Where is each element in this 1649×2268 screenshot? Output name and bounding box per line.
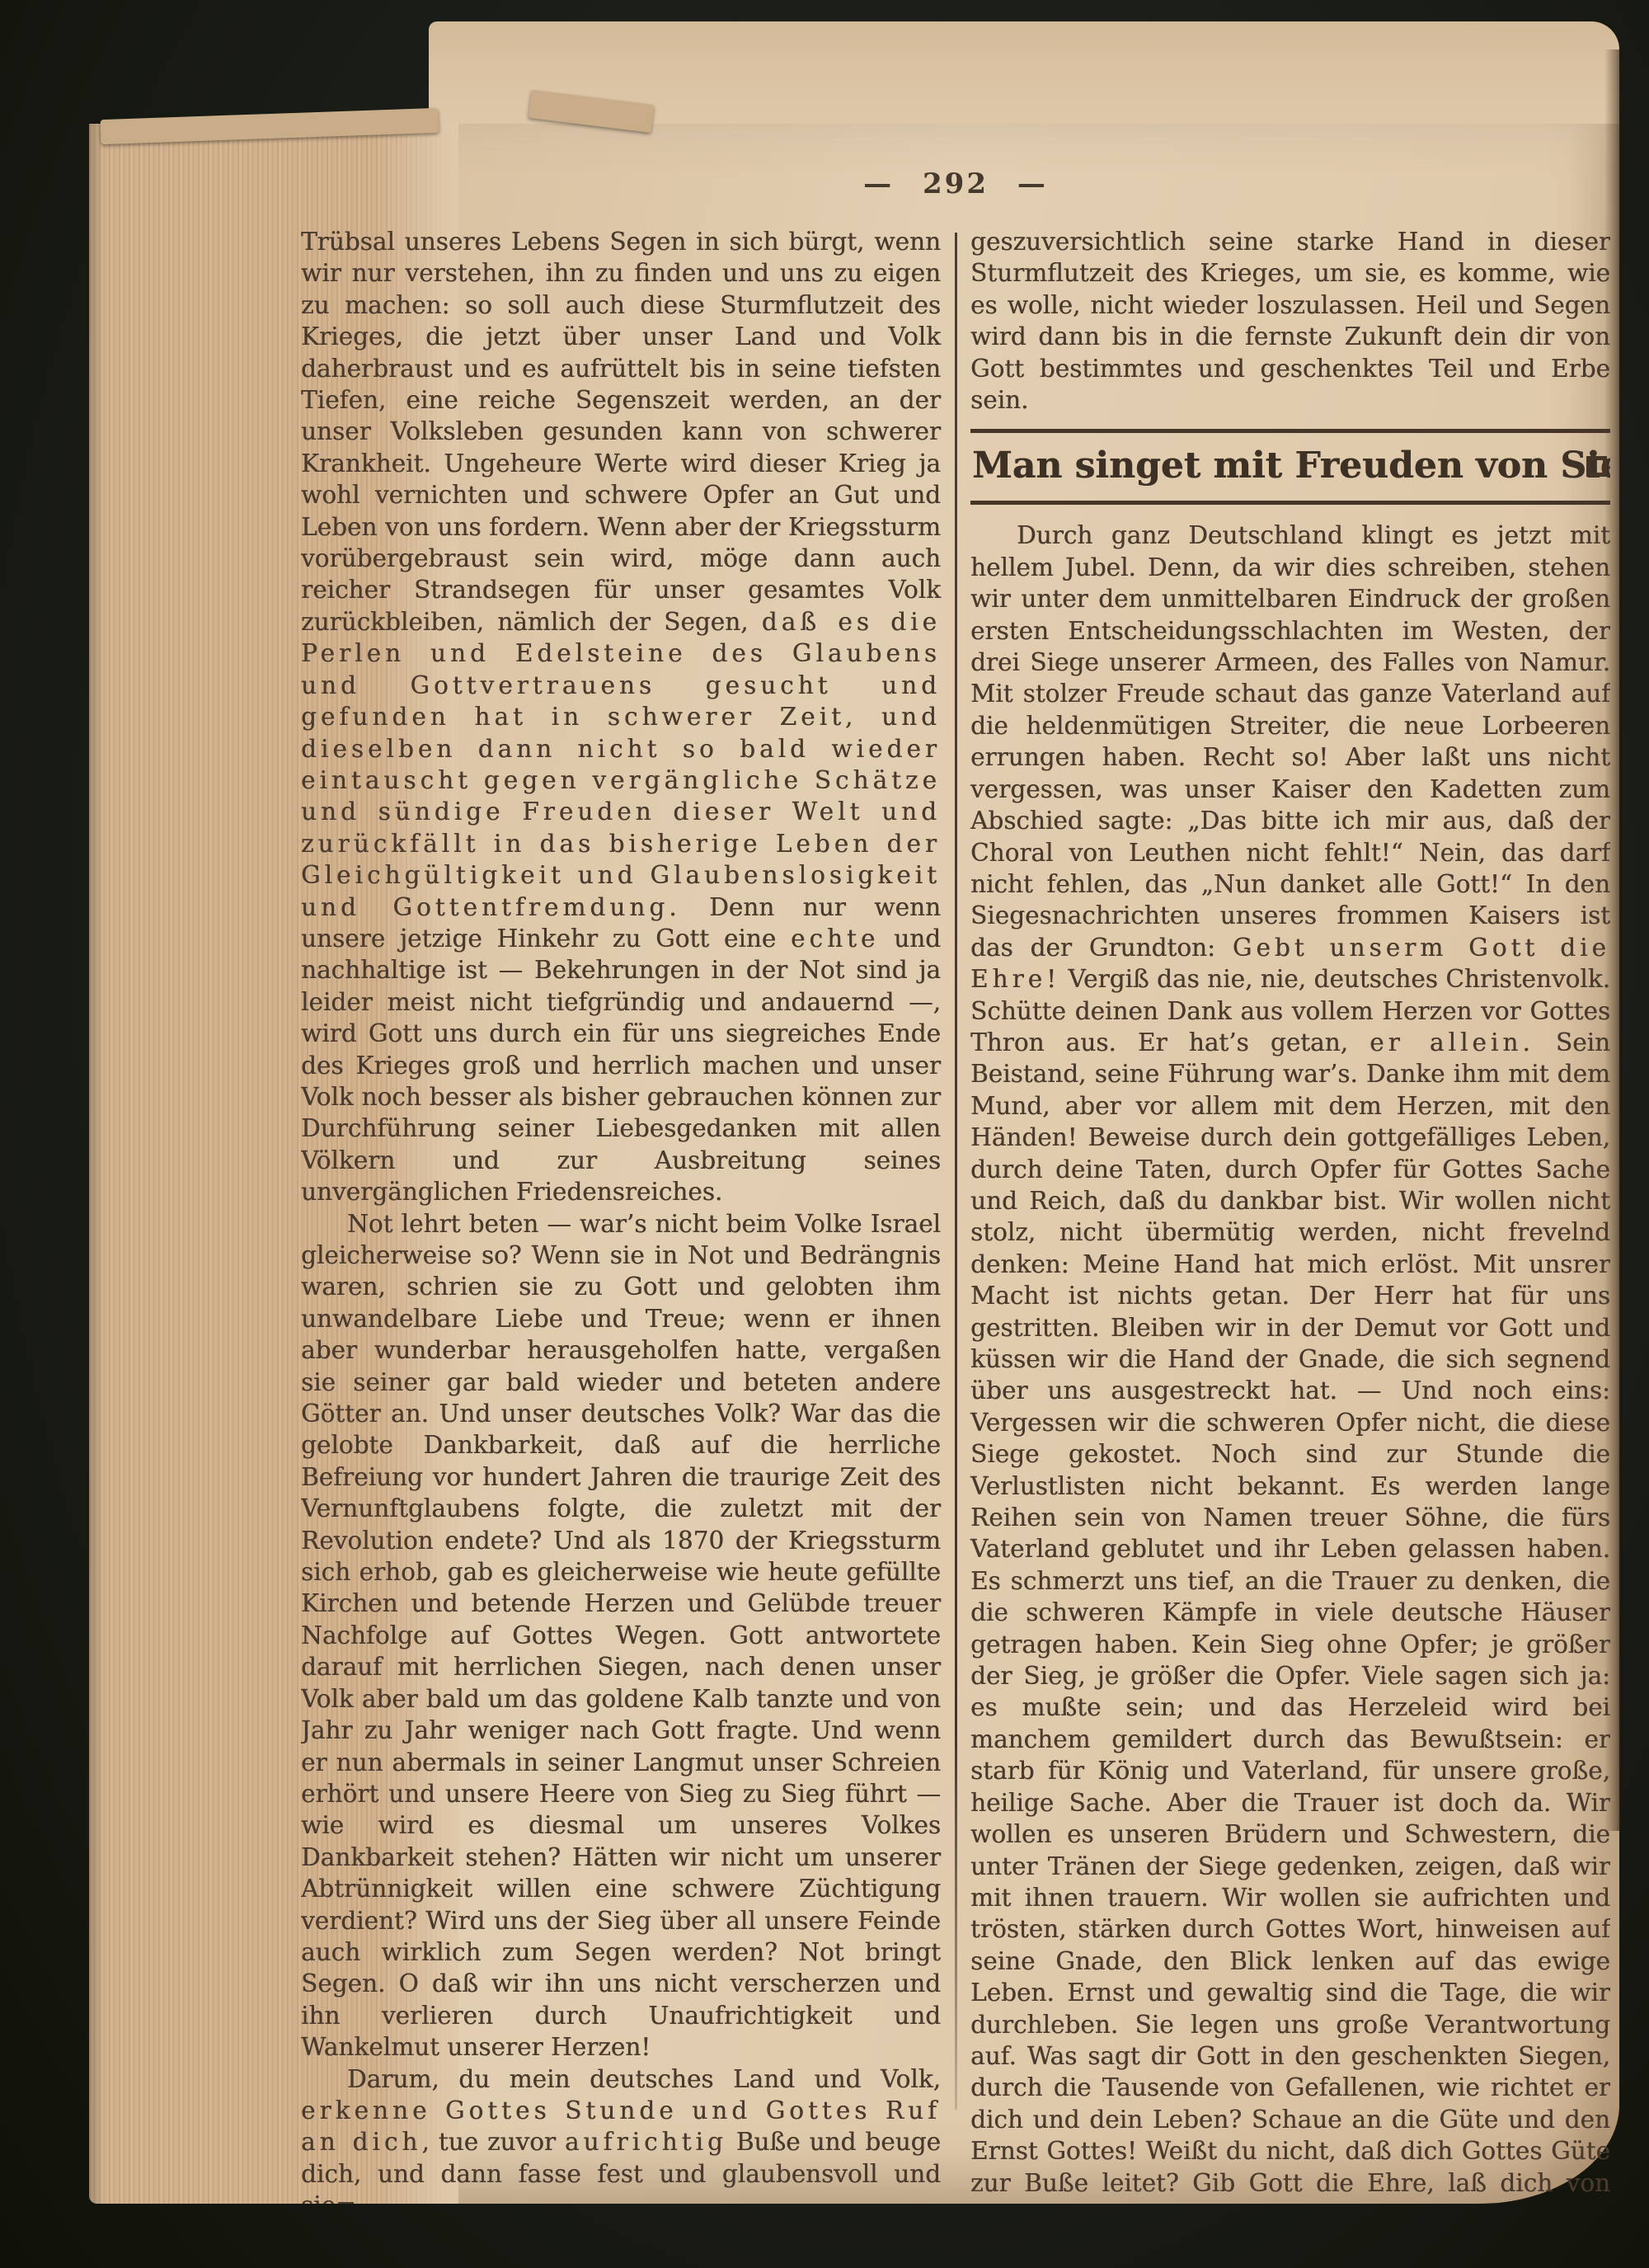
left-column: Trübsal unseres Lebens Segen in sich bür… bbox=[301, 226, 941, 2204]
page-number: — 292 — bbox=[301, 165, 1610, 203]
emphasized-text: daß es die Perlen und Edelsteine des Gla… bbox=[301, 608, 941, 921]
article-title: Man singet mit Freuden von Sieg. bbox=[972, 443, 1577, 489]
body-text: , tue zuvor bbox=[421, 2128, 565, 2156]
page-content: — 292 — Trübsal unseres Lebens Segen in … bbox=[301, 165, 1610, 2204]
square-ornament-icon bbox=[1586, 456, 1607, 477]
emphasized-text: echte bbox=[791, 925, 879, 953]
paragraph: Durch ganz Deutschland klingt es jetzt m… bbox=[970, 520, 1610, 2204]
paragraph: Not lehrt beten — war’s nicht beim Volke… bbox=[301, 1208, 941, 2063]
text-columns: Trübsal unseres Lebens Segen in sich bür… bbox=[301, 226, 1610, 2204]
column-divider-rule bbox=[955, 233, 957, 2110]
article-heading-block: Man singet mit Freuden von Sieg. bbox=[970, 429, 1610, 505]
emphasized-text: aufrichtig bbox=[565, 2128, 727, 2156]
body-text: Sein Beistand, seine Führung war’s. Dank… bbox=[970, 1028, 1610, 2204]
article-body: Durch ganz Deutschland klingt es jetzt m… bbox=[970, 520, 1610, 2204]
body-text: Trübsal unseres Lebens Segen in sich bür… bbox=[301, 228, 941, 636]
body-text: geszuversichtlich seine starke Hand in d… bbox=[970, 228, 1610, 414]
paragraph: Darum, du mein deutsches Land und Volk, … bbox=[301, 2063, 941, 2204]
continuation-text: geszuversichtlich seine starke Hand in d… bbox=[970, 226, 1610, 416]
body-text: Durch ganz Deutschland klingt es jetzt m… bbox=[970, 521, 1610, 961]
body-text: und nachhaltige ist — Bekehrungen in der… bbox=[301, 925, 941, 1206]
emphasized-text: er allein. bbox=[1369, 1028, 1534, 1056]
paragraph: geszuversichtlich seine starke Hand in d… bbox=[970, 226, 1610, 416]
right-column: geszuversichtlich seine starke Hand in d… bbox=[970, 226, 1610, 2204]
body-text: Not lehrt beten — war’s nicht beim Volke… bbox=[301, 1210, 941, 2062]
paragraph: Trübsal unseres Lebens Segen in sich bür… bbox=[301, 226, 941, 1208]
body-text: Darum, du mein deutsches Land und Volk, bbox=[347, 2065, 941, 2093]
